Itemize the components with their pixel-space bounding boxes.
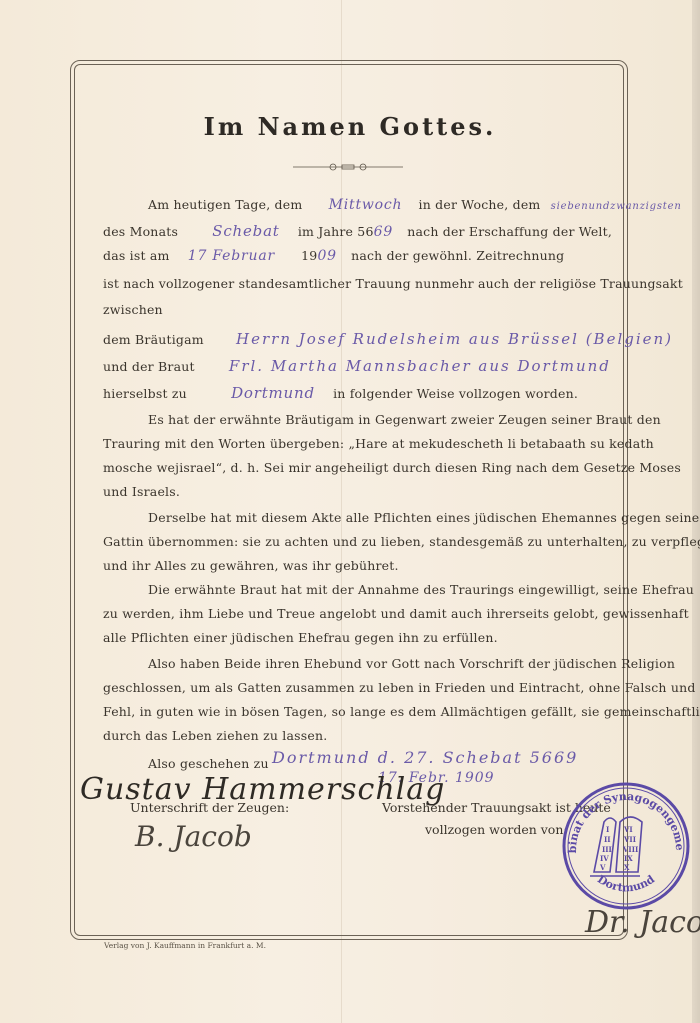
paragraph-line: Trauring mit den Worten übergeben: „Hare… — [103, 436, 654, 451]
publisher-imprint: Verlag von J. Kauffmann in Frankfurt a. … — [104, 941, 266, 950]
handwritten-place: Dortmund — [231, 384, 315, 402]
bride-label: und der Braut — [103, 359, 195, 374]
handwritten-gregorian-date: 17 Februar — [188, 248, 275, 264]
text-line-groom: dem Bräutigam Herrn Josef Rudelsheim aus… — [103, 330, 673, 348]
handwritten-month: Schebat — [212, 222, 279, 240]
paragraph-line: Fehl, in guten wie in bösen Tagen, so la… — [103, 704, 700, 719]
svg-text:IV: IV — [600, 854, 609, 863]
title-ornament-icon — [293, 163, 403, 171]
line-text: nach der Erschaffung der Welt, — [407, 224, 612, 239]
handwritten-year-suffix: 09 — [317, 248, 336, 264]
line-text: 19 — [301, 248, 317, 263]
svg-text:V: V — [599, 863, 606, 872]
place-date-label: Also geschehen zu — [148, 756, 269, 771]
svg-text:III: III — [602, 845, 612, 854]
document-title: Im Namen Gottes. — [0, 112, 700, 141]
groom-label: dem Bräutigam — [103, 332, 204, 347]
svg-text:IX: IX — [624, 854, 633, 863]
line-text: des Monats — [103, 224, 178, 239]
line-text: in der Woche, dem — [419, 197, 541, 212]
svg-text:II: II — [604, 835, 611, 844]
text-line-bride: und der Braut Frl. Martha Mannsbacher au… — [103, 357, 611, 375]
handwritten-bride-name: Frl. Martha Mannsbacher aus Dortmund — [229, 357, 611, 375]
line-text: nach der gewöhnl. Zeitrechnung — [351, 248, 564, 263]
handwritten-day: siebenundzwanzigsten — [551, 201, 682, 212]
paragraph-line: Gattin übernommen: sie zu achten und zu … — [103, 534, 700, 549]
paragraph-line: und Israels. — [103, 484, 180, 499]
paragraph-line: Die erwähnte Braut hat mit der Annahme d… — [148, 582, 694, 597]
line-text: in folgender Weise vollzogen worden. — [333, 386, 578, 401]
handwritten-groom-name: Herrn Josef Rudelsheim aus Brüssel (Belg… — [236, 330, 673, 348]
text-line: ist nach vollzogener standesamtlicher Tr… — [103, 276, 683, 291]
rabbinate-stamp-icon: Rabbinat der Synagogengemeinde Dortmund … — [560, 780, 692, 912]
paragraph-line: Derselbe hat mit diesem Akte alle Pflich… — [148, 510, 699, 525]
paragraph-line: Es hat der erwähnte Bräutigam in Gegenwa… — [148, 412, 661, 427]
paragraph-line: alle Pflichten einer jüdischen Ehefrau g… — [103, 630, 498, 645]
line-text: im Jahre 56 — [298, 224, 374, 239]
text-line-gregorian-date: das ist am 17 Februar 1909 nach der gewö… — [103, 248, 564, 264]
svg-text:VI: VI — [623, 825, 633, 834]
line-text: das ist am — [103, 248, 170, 263]
handwritten-weekday: Mittwoch — [329, 197, 403, 213]
paragraph-line: zu werden, ihm Liebe und Treue angelobt … — [103, 606, 689, 621]
officiant-label-line2: vollzogen worden von: — [425, 822, 568, 837]
place-label: hierselbst zu — [103, 386, 187, 401]
handwritten-place-date: Dortmund d. 27. Schebat 5669 — [272, 748, 578, 767]
paragraph-line: mosche wejisrael“, d. h. Sei mir angehei… — [103, 460, 681, 475]
officiant-signature: Dr. Jacob — [585, 905, 700, 940]
svg-text:VIII: VIII — [622, 845, 638, 854]
text-line: zwischen — [103, 302, 163, 317]
paragraph-line: geschlossen, um als Gatten zusammen zu l… — [103, 680, 696, 695]
svg-text:X: X — [624, 863, 630, 872]
text-line-weekday: Am heutigen Tage, dem Mittwoch in der Wo… — [148, 197, 682, 213]
line-text: Am heutigen Tage, dem — [148, 197, 302, 212]
text-line-place: hierselbst zu Dortmund in folgender Weis… — [103, 384, 578, 402]
handwritten-year-suffix: 69 — [374, 224, 393, 240]
svg-text:VII: VII — [623, 835, 636, 844]
paragraph-line: und ihr Alles zu gewähren, was ihr gebüh… — [103, 558, 399, 573]
paragraph-line: durch das Leben ziehen zu lassen. — [103, 728, 327, 743]
svg-text:I: I — [606, 825, 609, 834]
paragraph-line: Also haben Beide ihren Ehebund vor Gott … — [148, 656, 675, 671]
witness-signature-2: B. Jacob — [135, 820, 252, 853]
text-line-month: des Monats Schebat im Jahre 5669 nach de… — [103, 222, 612, 240]
